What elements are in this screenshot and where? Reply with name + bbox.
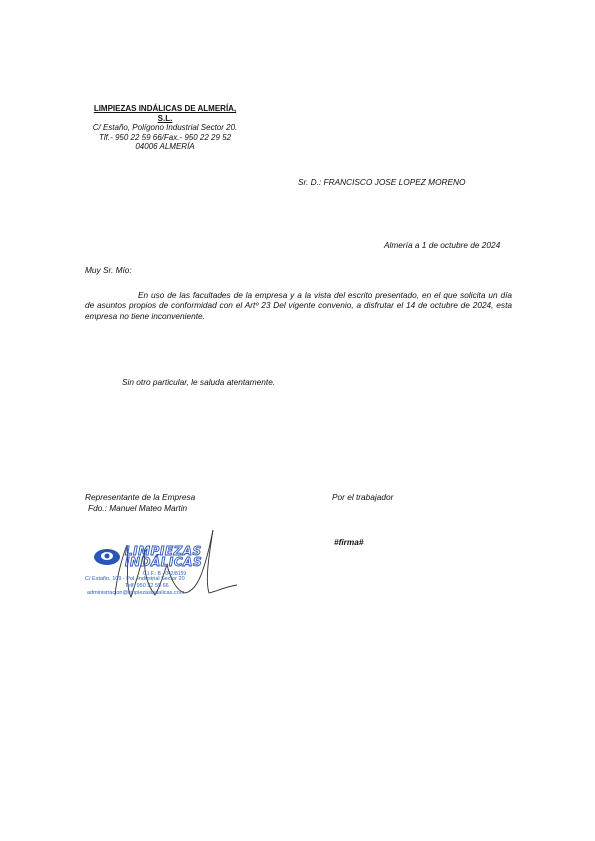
worker-signature-label: Por el trabajador xyxy=(332,492,393,502)
company-name: LIMPIEZAS INDÁLICAS DE ALMERÍA, S.L. xyxy=(90,104,240,123)
company-signature-label: Representante de la Empresa xyxy=(85,492,195,502)
date-line: Almería a 1 de octubre de 2024 xyxy=(384,240,500,250)
company-stamp: LIMPIEZAS INDÁLICAS C.I.F.: B - 042/8159… xyxy=(85,525,245,605)
letter-body: En uso de las facultades de la empresa y… xyxy=(85,290,512,321)
worker-signature-placeholder: #firma# xyxy=(334,537,364,547)
stamp-address: C/ Estaño, 109 - Pol. Industrial Sector … xyxy=(85,576,185,582)
recipient: Sr. D.: FRANCISCO JOSE LOPEZ MORENO xyxy=(298,177,466,187)
salutation: Muy Sr. Mío: xyxy=(85,265,132,275)
letterhead: LIMPIEZAS INDÁLICAS DE ALMERÍA, S.L. C/ … xyxy=(90,104,240,152)
closing: Sin otro particular, le saluda atentamen… xyxy=(122,377,275,387)
stamp-phone: Telf. 950 22 59 66 xyxy=(125,583,169,589)
letter-body-text: En uso de las facultades de la empresa y… xyxy=(85,290,512,321)
stamp-email: administracion@limpiezasindalicas.com xyxy=(87,590,184,596)
stamp-logo-text: LIMPIEZAS INDÁLICAS xyxy=(125,546,202,568)
company-phone-fax: Tlf.- 950 22 59 66/Fax.- 950 22 29 52 xyxy=(90,133,240,143)
company-postal: 04006 ALMERÍA xyxy=(90,142,240,152)
company-signer: Fdo.: Manuel Mateo Martin xyxy=(88,503,187,513)
stamp-logo-line2: INDÁLICAS xyxy=(125,557,202,568)
company-address: C/ Estaño, Polígono Industrial Sector 20… xyxy=(90,123,240,133)
